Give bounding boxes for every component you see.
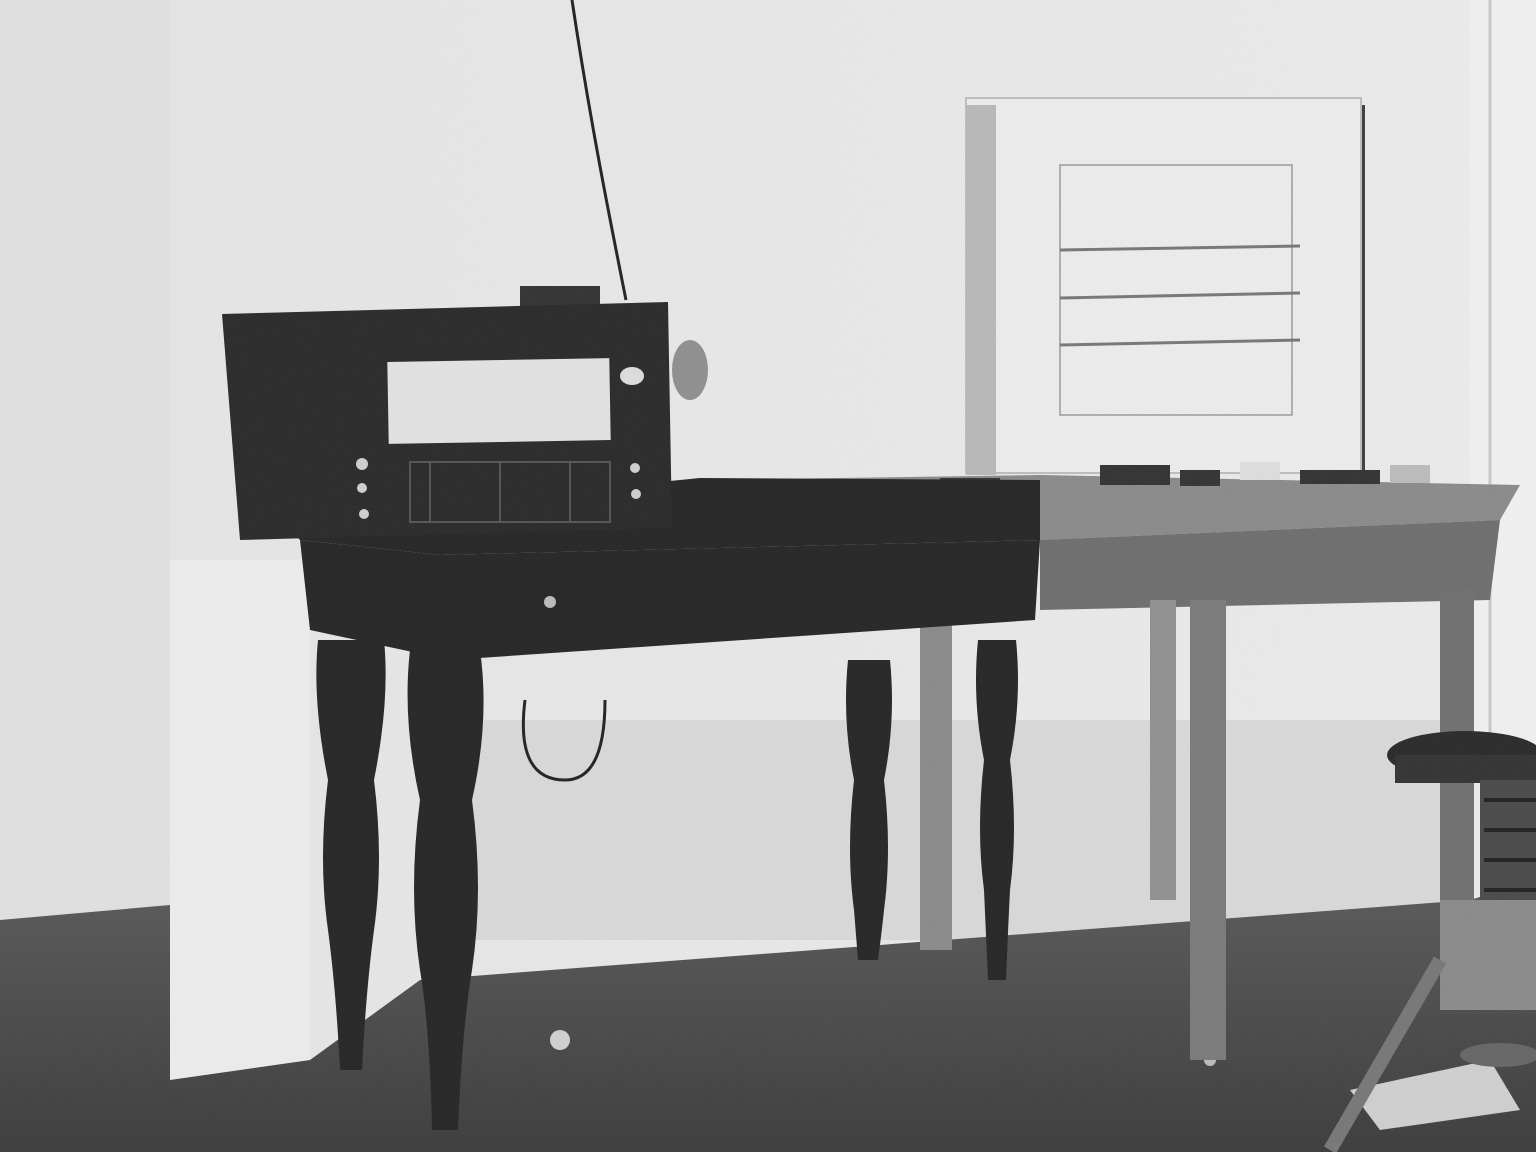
photograph	[0, 0, 1536, 1152]
